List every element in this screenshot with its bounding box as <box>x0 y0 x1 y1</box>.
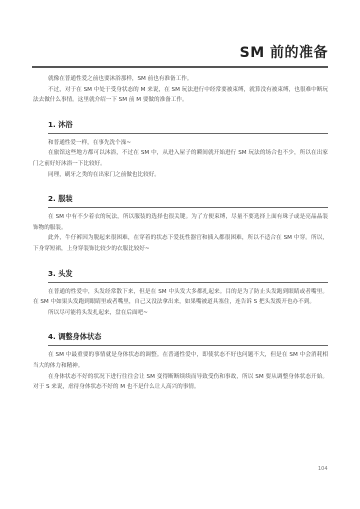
section-paragraph: 在旅馆这些地方都可以沐浴，不过在 SM 中，从进入屋子的瞬间就开始进行 SM 玩… <box>33 148 328 169</box>
page-content: 就像在普通性爱之前也要沐浴那样，SM 前也有准备工作。 不过，对于在 SM 中处… <box>33 74 328 393</box>
section-paragraph: 和普通性爱一样，在事先洗个澡~ <box>33 138 328 149</box>
section-paragraph: 在 SM 中最重要的事情就是身体状态的调整。在普通性爱中，即使状态不好也问题不大… <box>33 350 328 371</box>
section-heading-text: 4. 调整身体状态 <box>48 332 101 341</box>
intro-paragraph: 不过，对于在 SM 中处于受身状态的 M 来说，在 SM 玩法进行中经常要被束缚… <box>33 85 328 106</box>
section-heading-text: 1. 沐浴 <box>48 120 73 129</box>
title-divider <box>32 66 328 68</box>
section-heading-text: 3. 头发 <box>48 269 73 278</box>
section-paragraph: 在 SM 中有不少着衣的玩法，所以服装的选择也很关键。为了方便束缚，尽量不要选择… <box>33 212 328 233</box>
section-paragraph: 此外，牛仔裤因为脱起来很困难，在穿着的状态下爱抚性器官和插入都很困难，所以不适合… <box>33 233 328 254</box>
section-paragraph: 所以尽可能将头发扎起来，盘在后面吧~ <box>33 308 328 319</box>
page-number: 104 <box>318 466 328 472</box>
section-heading-text: 2. 服装 <box>48 194 73 203</box>
intro-paragraph: 就像在普通性爱之前也要沐浴那样，SM 前也有准备工作。 <box>33 74 328 85</box>
section-heading-bathing: 1. 沐浴 <box>33 110 328 134</box>
section-paragraph: 在身体状态不好的状况下进行往往会让 SM 变得断断续续而导致受伤和事故，所以 S… <box>33 372 328 393</box>
page-title: SM 前的准备 <box>240 42 328 62</box>
section-heading-body-condition: 4. 调整身体状态 <box>33 322 328 346</box>
section-paragraph: 同理，刷牙之类的在出家门之前做也比较好。 <box>33 170 328 181</box>
section-heading-hair: 3. 头发 <box>33 259 328 283</box>
section-paragraph: 在普通的性爱中，头发经常散下来，但是在 SM 中头发大多都扎起来。目的是为了防止… <box>33 287 328 308</box>
section-heading-clothing: 2. 服装 <box>33 184 328 208</box>
